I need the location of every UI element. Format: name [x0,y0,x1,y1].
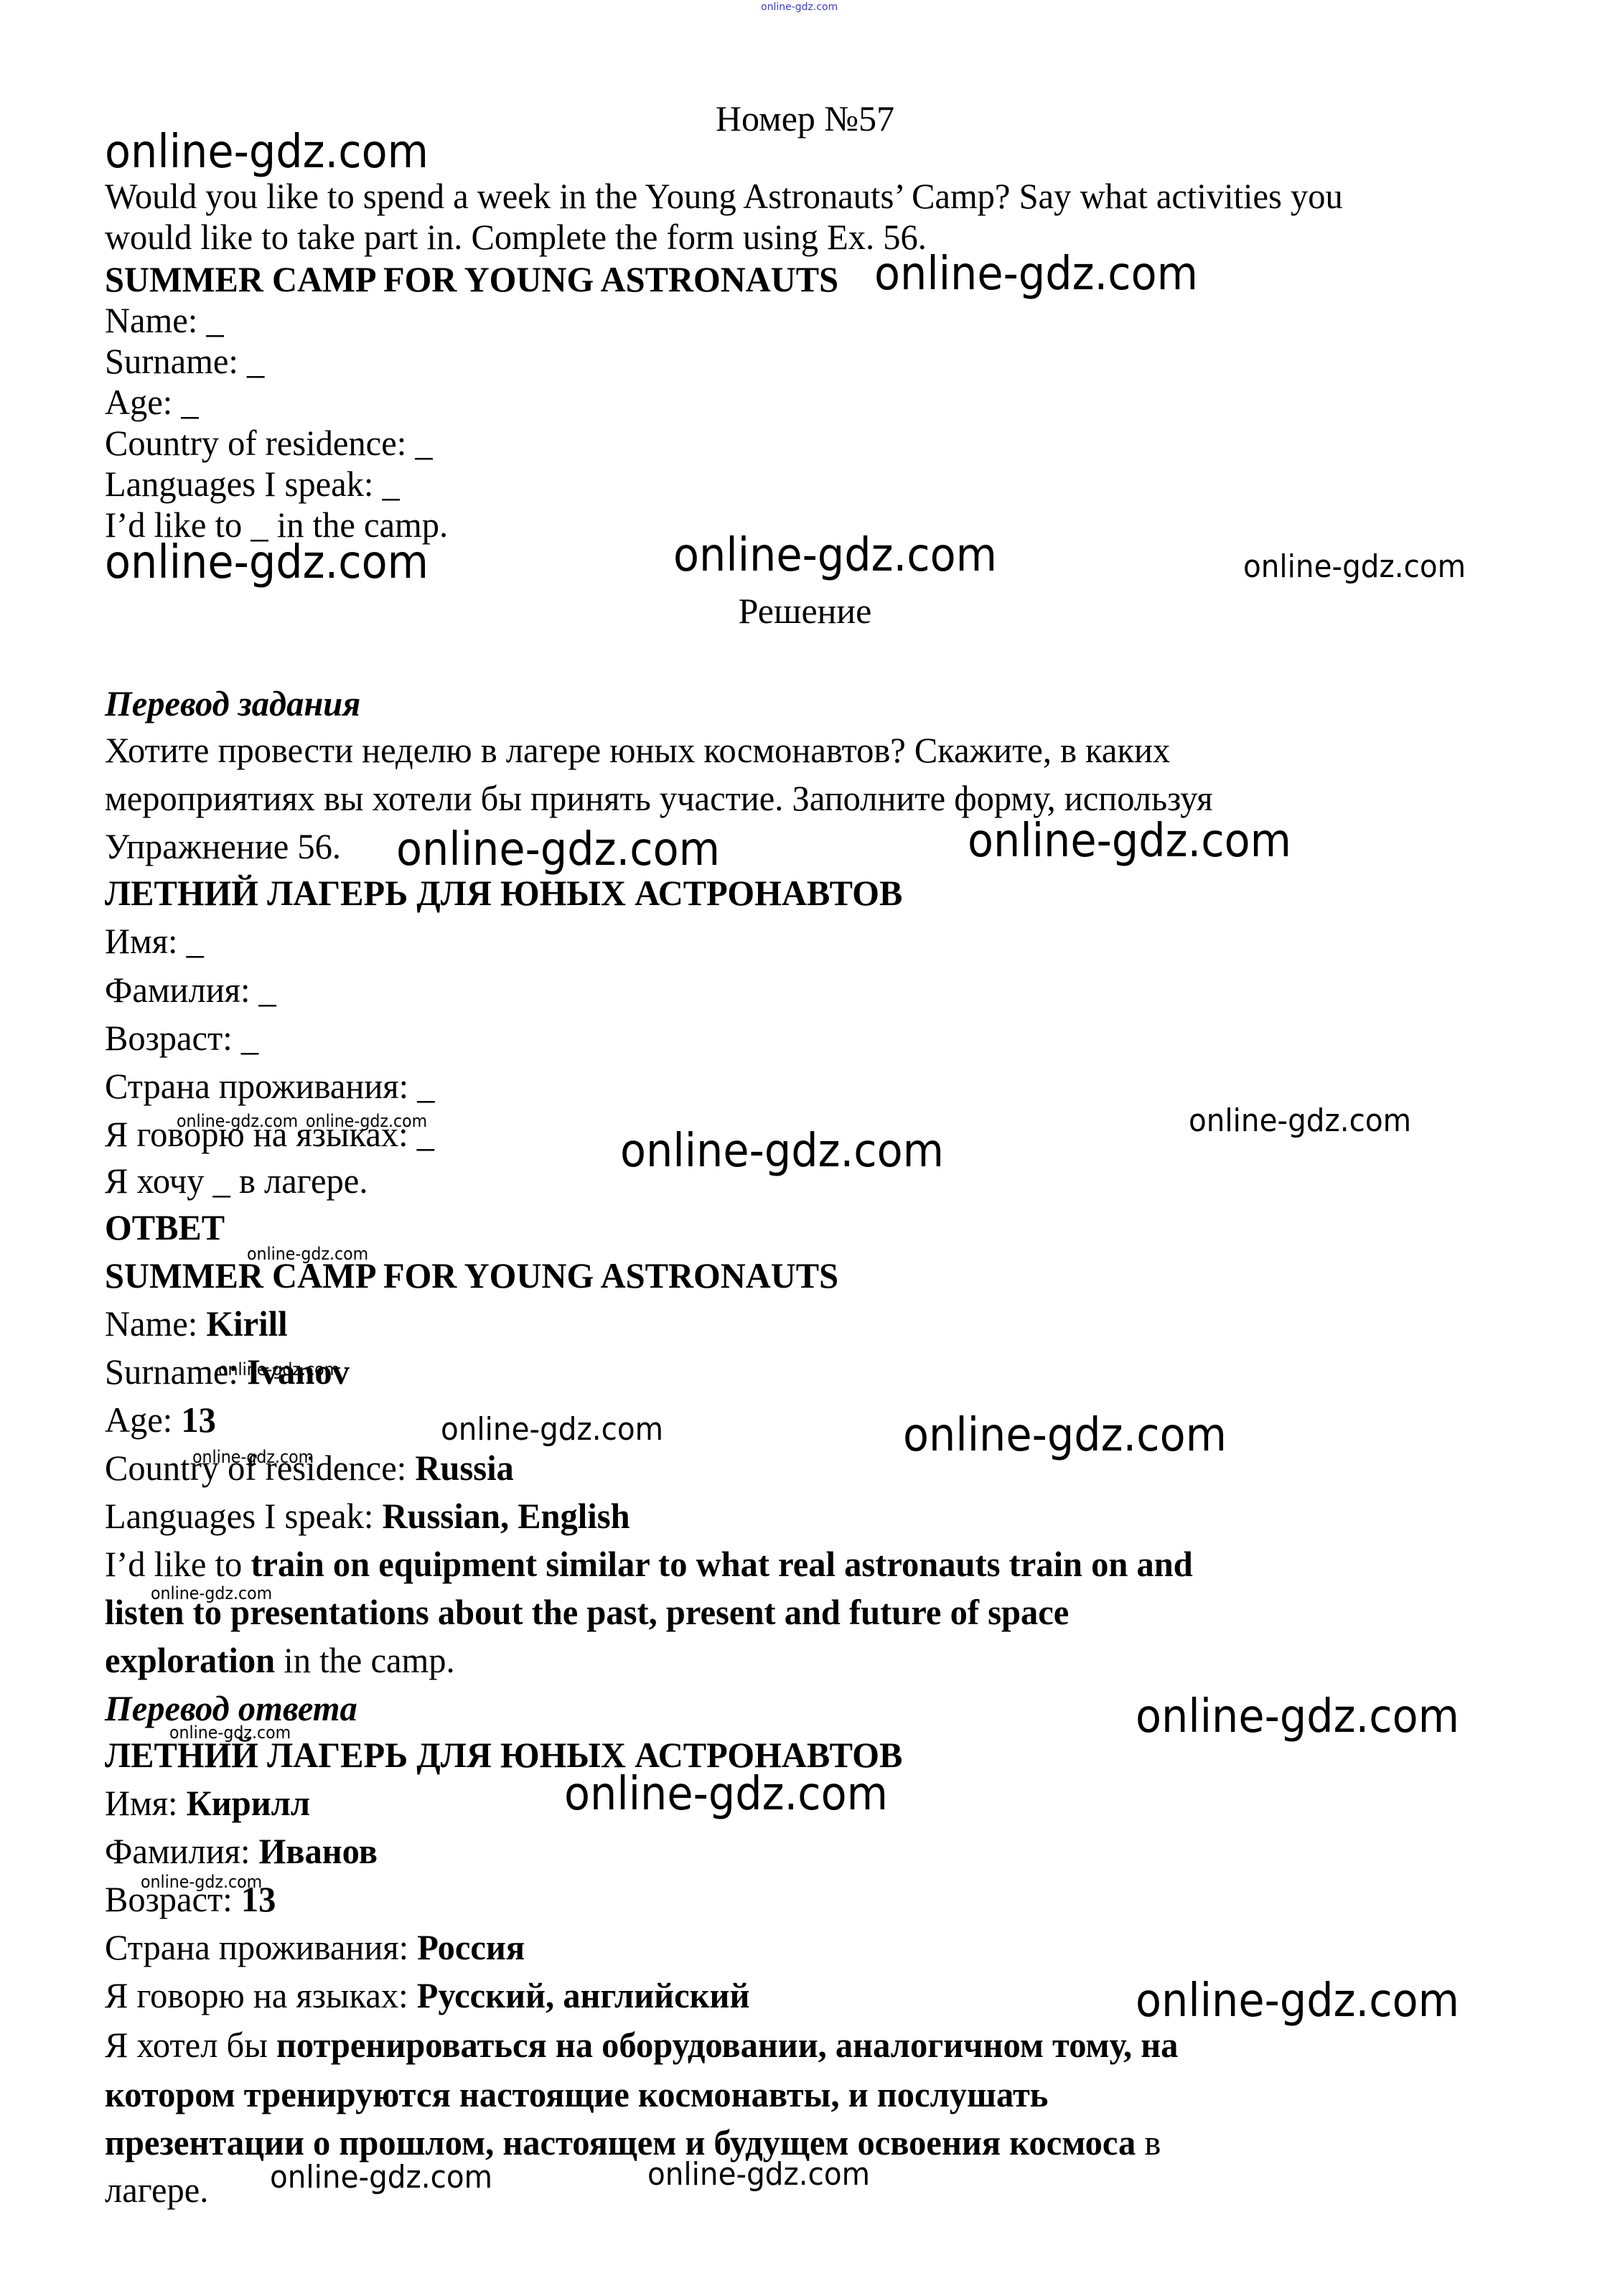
answer-field: Languages I speak: Russian, English [105,1498,630,1534]
watermark: online-gdz.com [903,1412,1227,1458]
watermark: online-gdz.com [1243,551,1466,583]
translation-line: мероприятиях вы хотели бы принять участи… [105,780,1213,816]
answer-translation-heading: Перевод ответа [105,1690,357,1726]
answer-value: 13 [181,1400,216,1440]
watermark: online-gdz.com [396,827,720,873]
answer-form-title: SUMMER CAMP FOR YOUNG ASTRONAUTS [105,1257,838,1293]
task-line: Would you like to spend a week in the Yo… [105,178,1343,214]
answer-translation-activity-line: Я хотел бы потренироваться на оборудован… [105,2027,1178,2063]
translation-field: Фамилия: _ [105,972,276,1008]
watermark: online-gdz.com [1136,1978,1459,2024]
translation-field: Имя: _ [105,923,204,959]
watermark: online-gdz.com [218,1361,340,1378]
watermark: online-gdz.com [247,1245,368,1262]
watermark: online-gdz.com [169,1724,291,1741]
translation-field: Возраст: _ [105,1020,258,1056]
watermark: online-gdz.com [1136,1694,1459,1740]
task-field: Age: _ [105,384,199,420]
answer-field: Age: 13 [105,1402,216,1438]
translation-line: Упражнение 56. [105,828,341,864]
answer-value: Russian, English [383,1496,630,1536]
answer-activity-line: exploration in the camp. [105,1642,455,1678]
answer-translation-activity-line: презентации о прошлом, настоящем и будущ… [105,2124,1161,2160]
answer-translation-field: Фамилия: Иванов [105,1833,378,1869]
answer-translation-field: Я говорю на языках: Русский, английский [105,1977,749,2013]
watermark: online-gdz.com [968,818,1291,864]
translation-field: Я хочу _ в лагере. [105,1163,368,1199]
watermark: online-gdz.com [141,1873,262,1890]
answer-heading: ОТВЕТ [105,1209,225,1245]
watermark: online-gdz.com [564,1771,888,1817]
top-watermark: online-gdz.com [761,1,838,13]
task-field: Country of residence: _ [105,425,433,461]
task-form-title: SUMMER CAMP FOR YOUNG ASTRONAUTS [105,261,838,297]
watermark: online-gdz.com [306,1112,427,1130]
solution-label: Решение [0,593,1610,629]
watermark: online-gdz.com [192,1448,314,1466]
answer-value: Russia [415,1448,513,1488]
watermark: online-gdz.com [647,2159,870,2190]
answer-value: Kirill [206,1303,287,1344]
watermark: online-gdz.com [620,1128,944,1174]
translation-heading: Перевод задания [105,685,360,721]
translation-field: Страна проживания: _ [105,1068,434,1104]
answer-field: Name: Kirill [105,1306,288,1341]
translation-form-title: ЛЕТНИЙ ЛАГЕРЬ ДЛЯ ЮНЫХ АСТРОНАВТОВ [105,875,902,911]
answer-translation-activity-line: котором тренируются настоящие космонавты… [105,2076,1048,2112]
watermark: online-gdz.com [874,251,1198,297]
task-field: Languages I speak: _ [105,466,400,502]
watermark: online-gdz.com [105,129,429,175]
task-line: would like to take part in. Complete the… [105,219,927,255]
watermark: online-gdz.com [177,1112,298,1130]
answer-activity-line: I’d like to train on equipment similar t… [105,1546,1193,1582]
task-field: Name: _ [105,302,224,338]
watermark: online-gdz.com [441,1414,663,1445]
watermark: online-gdz.com [270,2162,492,2193]
watermark: online-gdz.com [673,533,997,578]
answer-translation-field: Страна проживания: Россия [105,1929,525,1965]
answer-translation-field: Имя: Кирилл [105,1785,310,1821]
task-field: Surname: _ [105,343,264,379]
translation-line: Хотите провести неделю в лагере юных кос… [105,732,1170,768]
watermark: online-gdz.com [1189,1105,1411,1137]
watermark: online-gdz.com [105,540,429,586]
watermark: online-gdz.com [151,1585,272,1602]
answer-translation-activity-line: лагере. [105,2172,208,2208]
